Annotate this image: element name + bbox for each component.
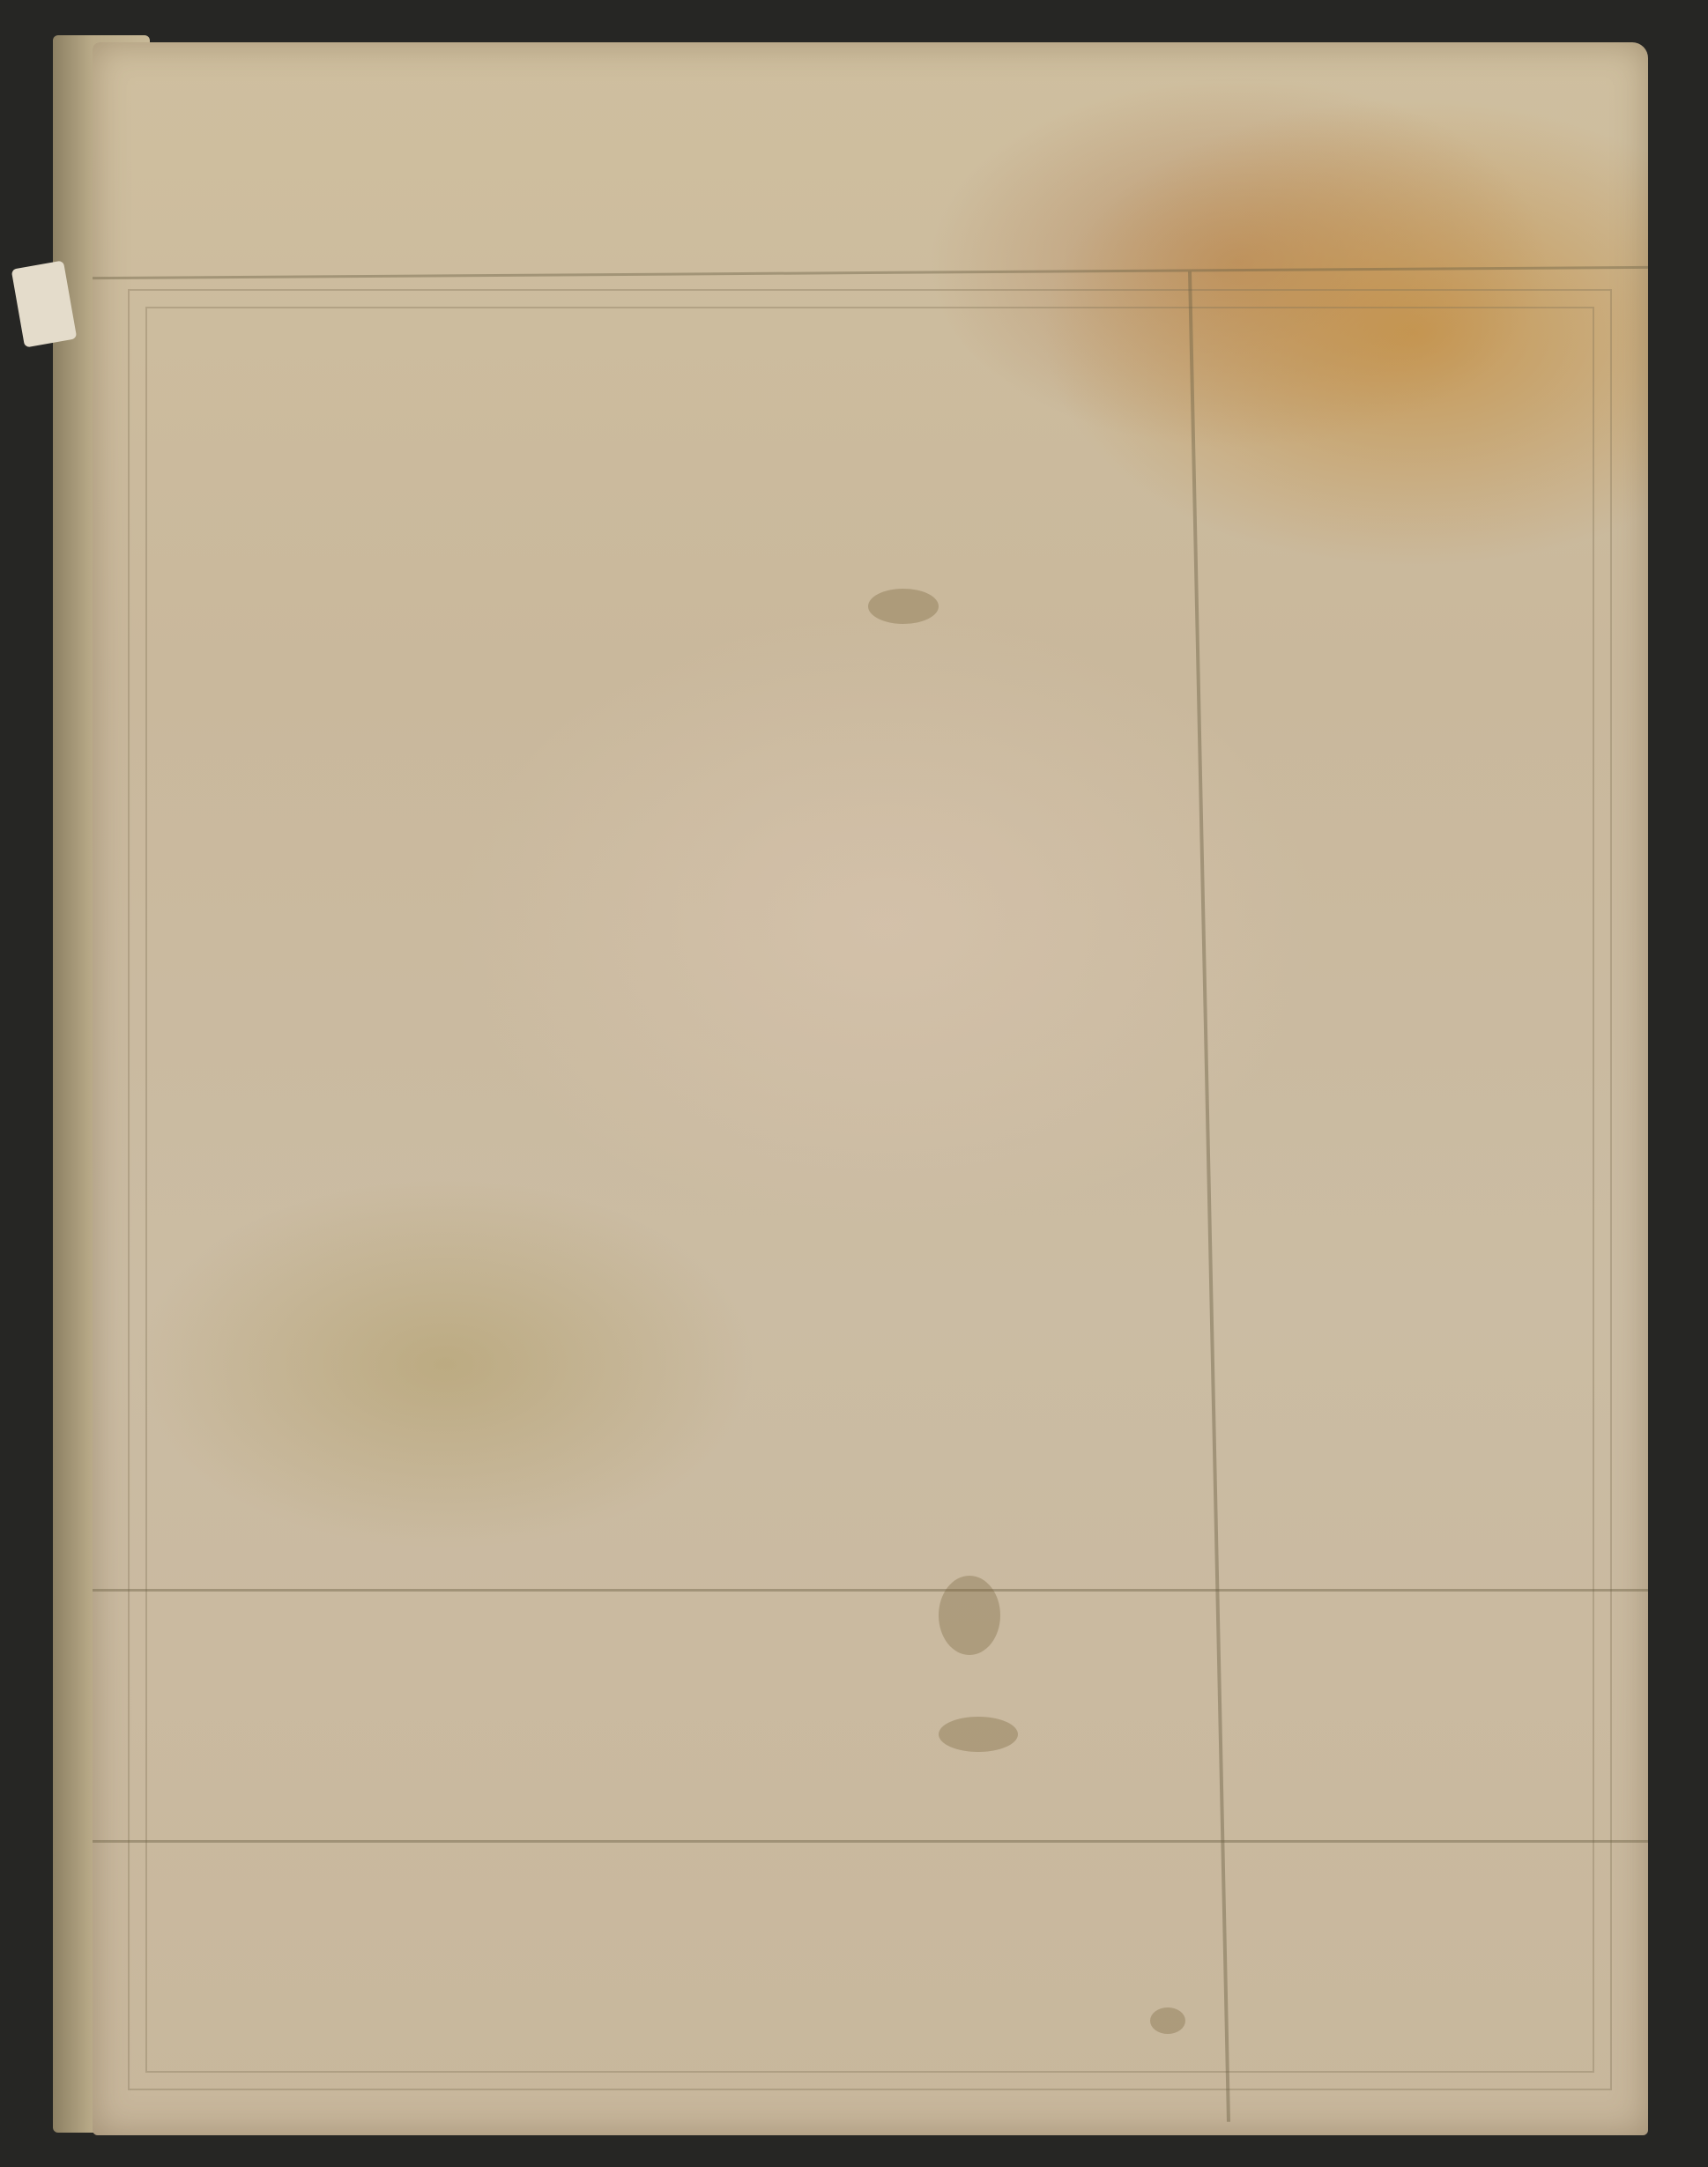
stain-2 [939, 1576, 1000, 1655]
book-cover [93, 42, 1648, 2135]
stain-3 [939, 1717, 1018, 1752]
stain-4 [1150, 2007, 1185, 2034]
horizontal-fold-top [93, 266, 1648, 279]
stain-1 [868, 589, 939, 624]
blind-tooled-frame-inner [145, 307, 1594, 2073]
horizontal-fold-bottom [93, 1840, 1648, 1843]
horizontal-fold-lower [93, 1589, 1648, 1592]
